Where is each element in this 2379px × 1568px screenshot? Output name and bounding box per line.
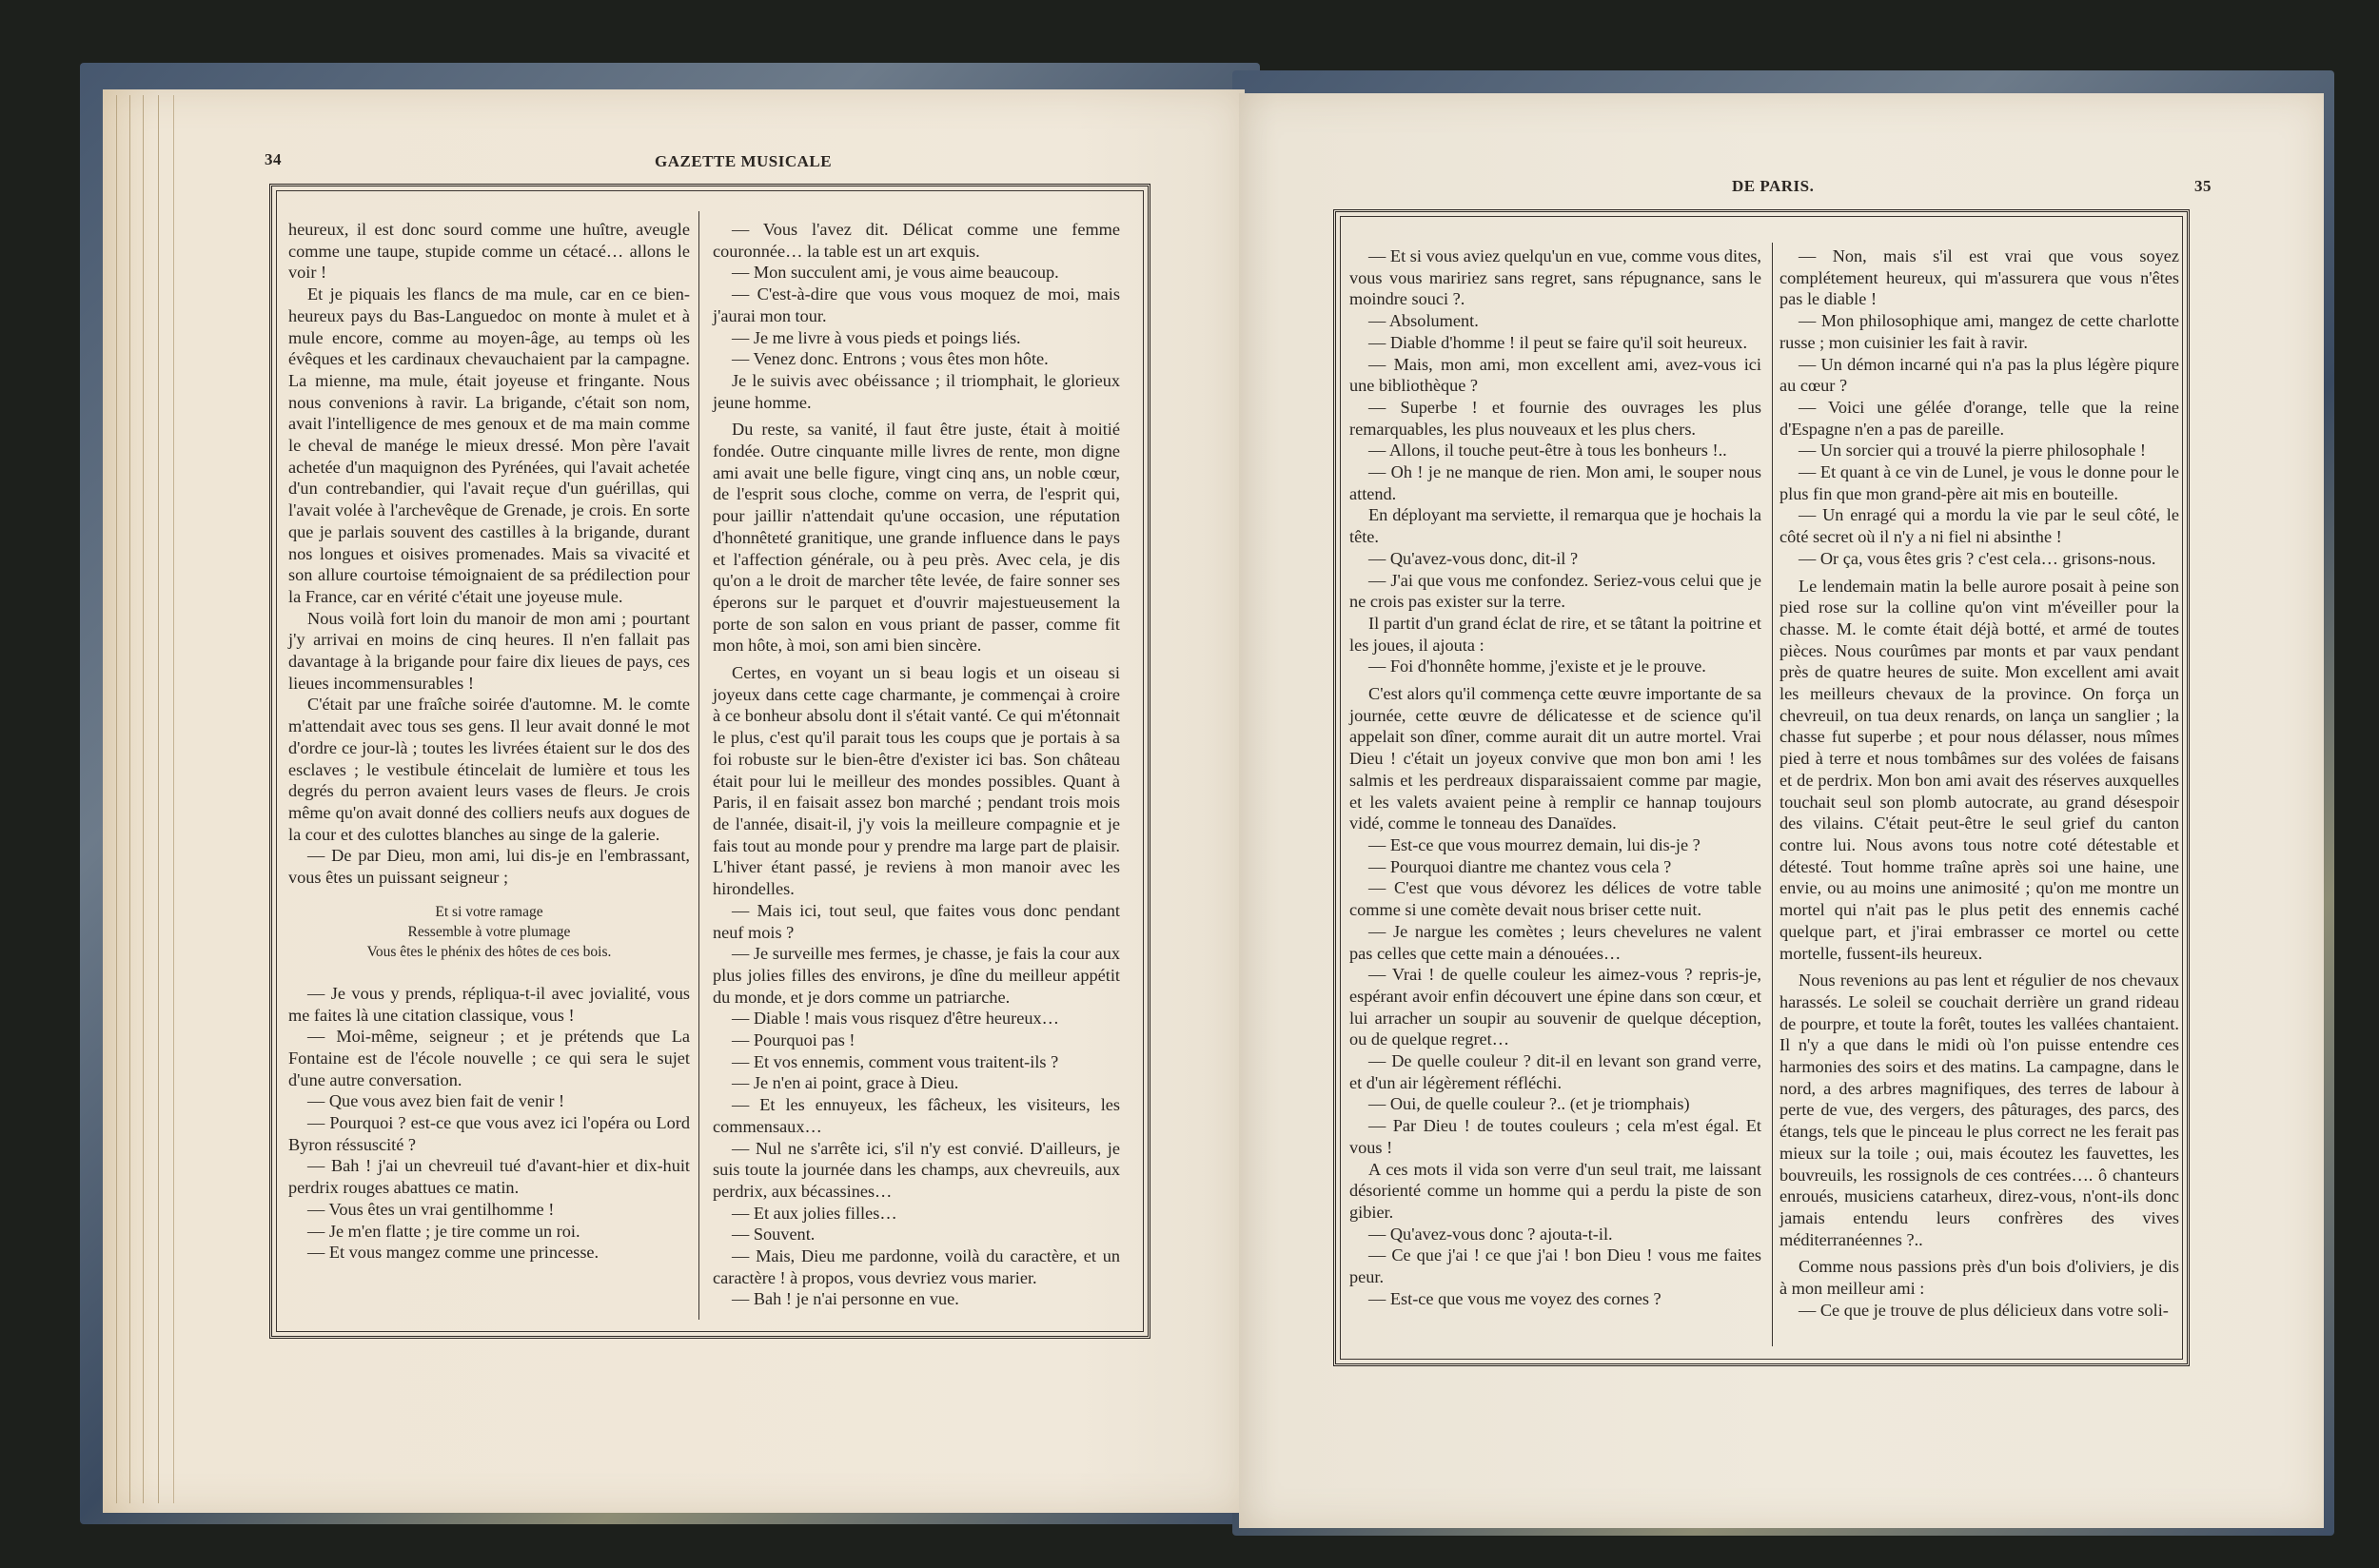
paragraph: — Souvent. xyxy=(713,1224,1120,1245)
paragraph: Il partit d'un grand éclat de rire, et s… xyxy=(1349,613,1761,656)
paragraph: — Par Dieu ! de toutes couleurs ; cela m… xyxy=(1349,1115,1761,1158)
paragraph: — Diable d'homme ! il peut se faire qu'i… xyxy=(1349,332,1761,354)
paragraph: — Qu'avez-vous donc ? ajouta-t-il. xyxy=(1349,1224,1761,1245)
verse-quote: Et si votre ramageRessemble à votre plum… xyxy=(288,902,690,962)
running-head-right: DE PARIS. xyxy=(1732,177,1814,196)
paragraph: — Un enragé qui a mordu la vie par le se… xyxy=(1779,504,2179,547)
left-page-column-1: heureux, il est donc sourd comme une huî… xyxy=(288,219,690,1264)
left-page-column-2: — Vous l'avez dit. Délicat comme une fem… xyxy=(713,219,1120,1310)
paragraph: Je le suivis avec obéissance ; il triomp… xyxy=(713,370,1120,413)
paragraph: — Je surveille mes fermes, je chasse, je… xyxy=(713,943,1120,1008)
verse-line: Et si votre ramage xyxy=(288,902,690,922)
paragraph: — Moi-même, seigneur ; et je prétends qu… xyxy=(288,1026,690,1090)
paragraph: — Je vous y prends, répliqua-t-il avec j… xyxy=(288,983,690,1026)
paragraph: Et je piquais les flancs de ma mule, car… xyxy=(288,284,690,608)
paragraph: — Et quant à ce vin de Lunel, je vous le… xyxy=(1779,461,2179,504)
paragraph: — Ce que je trouve de plus délicieux dan… xyxy=(1779,1300,2179,1322)
paragraph: Certes, en voyant un si beau logis et un… xyxy=(713,662,1120,900)
paragraph: — De par Dieu, mon ami, lui dis-je en l'… xyxy=(288,845,690,888)
paragraph: — Ce que j'ai ! ce que j'ai ! bon Dieu !… xyxy=(1349,1245,1761,1287)
paragraph: — Et les ennuyeux, les fâcheux, les visi… xyxy=(713,1094,1120,1137)
paragraph: A ces mots il vida son verre d'un seul t… xyxy=(1349,1159,1761,1224)
paragraph: — De quelle couleur ? dit-il en levant s… xyxy=(1349,1050,1761,1093)
paragraph: — Bah ! je n'ai personne en vue. xyxy=(713,1288,1120,1310)
paragraph: — Absolument. xyxy=(1349,310,1761,332)
paragraph: — Et vos ennemis, comment vous traitent-… xyxy=(713,1051,1120,1073)
paragraph: — Foi d'honnête homme, j'existe et je le… xyxy=(1349,656,1761,677)
paragraph: — Mais ici, tout seul, que faites vous d… xyxy=(713,900,1120,943)
right-page-column-1: — Et si vous aviez quelqu'un en vue, com… xyxy=(1349,245,1761,1309)
paragraph: C'est alors qu'il commença cette œuvre i… xyxy=(1349,683,1761,834)
paragraph: — Venez donc. Entrons ; vous êtes mon hô… xyxy=(713,348,1120,370)
paragraph: — Allons, il touche peut-être à tous les… xyxy=(1349,440,1761,461)
paragraph: — Je nargue les comètes ; leurs chevelur… xyxy=(1349,921,1761,964)
column-divider-right xyxy=(1772,243,1773,1346)
paragraph: — Diable ! mais vous risquez d'être heur… xyxy=(713,1008,1120,1029)
paragraph: Nous voilà fort loin du manoir de mon am… xyxy=(288,608,690,695)
paragraph: — Or ça, vous êtes gris ? c'est cela… gr… xyxy=(1779,548,2179,570)
page-number-right: 35 xyxy=(2194,177,2212,196)
paragraph: — Vrai ! de quelle couleur les aimez-vou… xyxy=(1349,964,1761,1050)
verse-line: Vous êtes le phénix des hôtes de ces boi… xyxy=(288,942,690,962)
paragraph: Du reste, sa vanité, il faut être juste,… xyxy=(713,419,1120,657)
paragraph: — Nul ne s'arrête ici, s'il n'y est conv… xyxy=(713,1138,1120,1203)
page-number-left: 34 xyxy=(265,150,282,169)
paragraph: — Un sorcier qui a trouvé la pierre phil… xyxy=(1779,440,2179,461)
paragraph: — Vous êtes un vrai gentilhomme ! xyxy=(288,1199,690,1221)
paragraph: — Je n'en ai point, grace à Dieu. xyxy=(713,1072,1120,1094)
paragraph: — Je me livre à vous pieds et poings lié… xyxy=(713,327,1120,349)
paragraph: — Que vous avez bien fait de venir ! xyxy=(288,1090,690,1112)
paragraph: — Et aux jolies filles… xyxy=(713,1203,1120,1225)
paragraph: — Je m'en flatte ; je tire comme un roi. xyxy=(288,1221,690,1243)
paragraph: — Oui, de quelle couleur ?.. (et je trio… xyxy=(1349,1093,1761,1115)
paragraph: — Et si vous aviez quelqu'un en vue, com… xyxy=(1349,245,1761,310)
paragraph: — Pourquoi pas ! xyxy=(713,1029,1120,1051)
paragraph: — Vous l'avez dit. Délicat comme une fem… xyxy=(713,219,1120,262)
running-head-left: GAZETTE MUSICALE xyxy=(655,152,832,171)
paragraph: — Qu'avez-vous donc, dit-il ? xyxy=(1349,548,1761,570)
paragraph: — Oh ! je ne manque de rien. Mon ami, le… xyxy=(1349,461,1761,504)
right-page-column-2: — Non, mais s'il est vrai que vous soyez… xyxy=(1779,245,2179,1321)
paragraph: Nous revenions au pas lent et régulier d… xyxy=(1779,970,2179,1250)
paragraph: — Superbe ! et fournie des ouvrages les … xyxy=(1349,397,1761,440)
page-edges xyxy=(105,95,174,1503)
paragraph: — Pourquoi ? est-ce que vous avez ici l'… xyxy=(288,1112,690,1155)
paragraph: — Voici une gélée d'orange, telle que la… xyxy=(1779,397,2179,440)
paragraph: — Mon philosophique ami, mangez de cette… xyxy=(1779,310,2179,353)
paragraph: — Mon succulent ami, je vous aime beauco… xyxy=(713,262,1120,284)
paragraph: — Est-ce que vous me voyez des cornes ? xyxy=(1349,1288,1761,1310)
verse-line: Ressemble à votre plumage xyxy=(288,922,690,942)
paragraph: — Est-ce que vous mourrez demain, lui di… xyxy=(1349,834,1761,856)
paragraph: — Pourquoi diantre me chantez vous cela … xyxy=(1349,856,1761,878)
paragraph: — J'ai que vous me confondez. Seriez-vou… xyxy=(1349,570,1761,613)
paragraph: — Un démon incarné qui n'a pas la plus l… xyxy=(1779,354,2179,397)
paragraph: — Bah ! j'ai un chevreuil tué d'avant-hi… xyxy=(288,1155,690,1198)
paragraph: heureux, il est donc sourd comme une huî… xyxy=(288,219,690,284)
column-divider-left xyxy=(698,211,699,1320)
paragraph: — Mais, mon ami, mon excellent ami, avez… xyxy=(1349,354,1761,397)
paragraph: — Et vous mangez comme une princesse. xyxy=(288,1242,690,1264)
paragraph: — C'est-à-dire que vous vous moquez de m… xyxy=(713,284,1120,326)
paragraph: C'était par une fraîche soirée d'automne… xyxy=(288,694,690,845)
paragraph: Comme nous passions près d'un bois d'oli… xyxy=(1779,1256,2179,1299)
paragraph: — Non, mais s'il est vrai que vous soyez… xyxy=(1779,245,2179,310)
paragraph: — Mais, Dieu me pardonne, voilà du carac… xyxy=(713,1245,1120,1288)
paragraph: — C'est que vous dévorez les délices de … xyxy=(1349,877,1761,920)
paragraph: En déployant ma serviette, il remarqua q… xyxy=(1349,504,1761,547)
paragraph: Le lendemain matin la belle aurore posai… xyxy=(1779,576,2179,965)
